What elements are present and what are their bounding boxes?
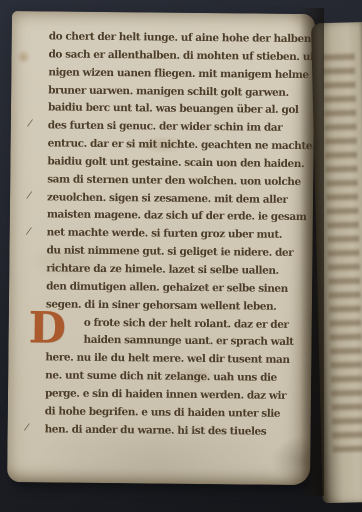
- book-fore-edge: [311, 22, 362, 503]
- margin-mark: /: [26, 191, 39, 204]
- fore-edge-blurred-text: [323, 52, 362, 453]
- manuscript-text-block: do chert der helt iunge. uf aine hohe de…: [45, 28, 315, 441]
- manuscript-line: den dimutigen allen. gehaizet er selbe s…: [46, 278, 314, 299]
- manuscript-line: sam di sternen unter den wolchen. uon uo…: [47, 171, 315, 192]
- margin-mark: /: [25, 227, 38, 240]
- photo-background: / / / / D do chert der helt iunge. uf ai…: [0, 0, 362, 512]
- margin-mark: /: [23, 423, 36, 436]
- manuscript-page: / / / / D do chert der helt iunge. uf ai…: [7, 11, 315, 485]
- manuscript-line: hen. di ander du warne. hi ist des tiuel…: [45, 421, 313, 442]
- manuscript-line: nigen wizen uanen fliegen. mit manigem h…: [48, 64, 315, 85]
- margin-mark: /: [26, 119, 39, 132]
- manuscript-line: di hohe begrifen. e uns di haiden unter …: [45, 403, 313, 424]
- manuscript-line: do sach er allenthalben. di mohten uf st…: [48, 46, 315, 67]
- manuscript-line: segen. di in siner gehorsam wellent lebe…: [46, 296, 314, 317]
